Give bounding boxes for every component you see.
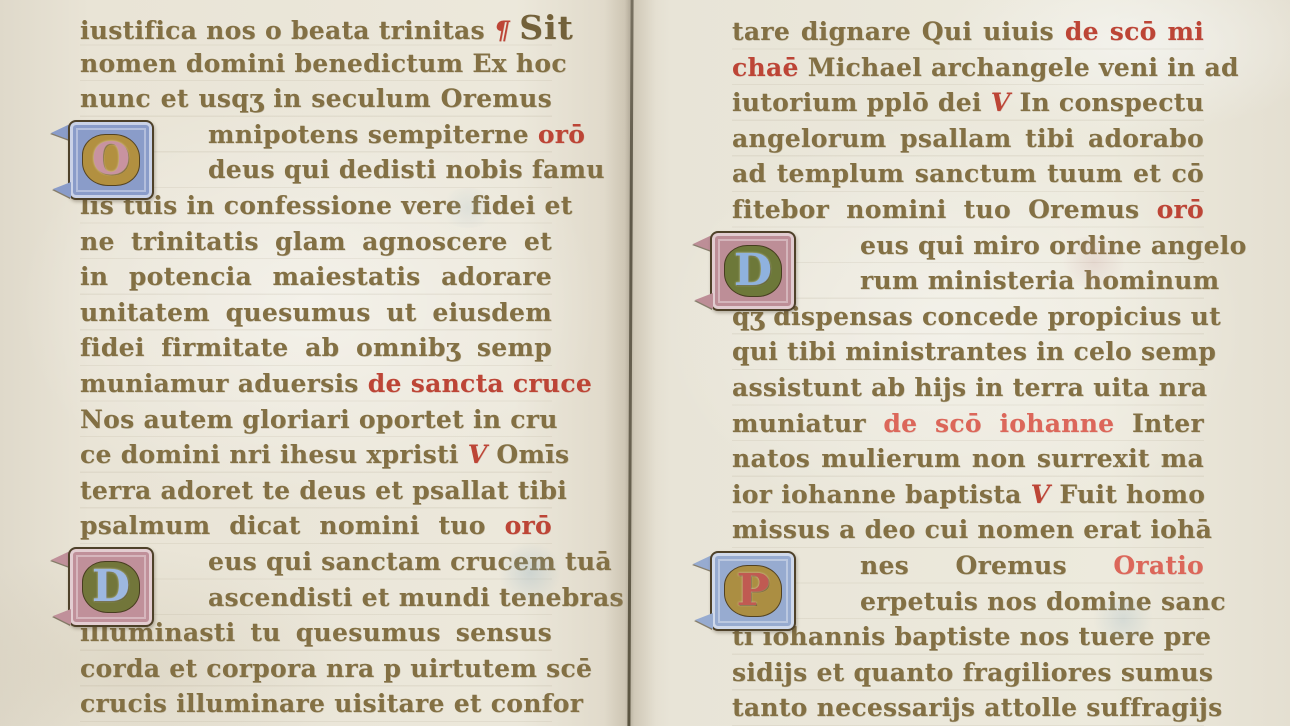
- rubric-text: orō: [505, 511, 552, 540]
- text-line: angelorum psallam tibi adorabo: [732, 121, 1204, 157]
- text-line: nes Oremus Oratio: [732, 548, 1204, 584]
- text-line: Nos autem gloriari oportet in cru: [80, 402, 552, 438]
- versicle-mark: V: [1031, 480, 1051, 509]
- body-text: nes Oremus: [860, 551, 1067, 580]
- body-text: angelorum psallam tibi adorabo: [732, 124, 1204, 153]
- rubric-text: Oratio: [1113, 551, 1204, 580]
- text-line: in potencia maiestatis adorare: [80, 259, 552, 295]
- text-line: muniamur aduersis de sancta cruce: [80, 366, 552, 402]
- text-line: sidijs et quanto fragiliores sumus: [732, 655, 1204, 691]
- text-line: tare dignare Qui uiuis de scō mi: [732, 14, 1204, 50]
- body-text: ior iohanne baptista: [732, 480, 1022, 509]
- body-text: qui tibi ministrantes in celo semp: [732, 337, 1216, 366]
- text-line: missus a deo cui nomen erat iohā: [732, 512, 1204, 548]
- drop-cap-ground: P: [724, 565, 782, 617]
- versicle-mark: ¶: [494, 16, 510, 45]
- body-text: qʒ dispensas concede propicius ut: [732, 302, 1221, 331]
- drop-cap-d-deus-angelorum: D: [710, 231, 796, 311]
- body-text: assistunt ab hijs in terra uita nra: [732, 373, 1207, 402]
- rubric-text: de scō iohanne: [883, 409, 1114, 438]
- drop-cap-frame: P: [710, 551, 796, 631]
- body-text: rum ministeria hominum: [860, 266, 1219, 295]
- body-text: unitatem quesumus ut eiusdem: [80, 298, 552, 327]
- body-text: ascendisti et mundi tenebras: [208, 583, 624, 612]
- drop-cap-ground: O: [82, 134, 140, 186]
- text-line: chaē Michael archangele veni in ad: [732, 50, 1204, 86]
- drop-cap-letter: D: [734, 249, 772, 293]
- body-text: nunc et usqʒ in seculum Oremus: [80, 84, 552, 113]
- text-line: rum ministeria hominum: [732, 263, 1204, 299]
- body-text: fitebor nomini tuo Oremus: [732, 195, 1139, 224]
- text-line: fidei firmitate ab omnibʒ semp: [80, 330, 552, 366]
- text-line: ad templum sanctum tuum et cō: [732, 156, 1204, 192]
- drop-cap-letter: O: [92, 138, 130, 182]
- body-text: ce domini nri ihesu xpristi: [80, 440, 459, 469]
- versicle-mark: V: [991, 88, 1011, 117]
- text-line: psalmum dicat nomini tuo orō: [80, 508, 552, 544]
- body-text: Inter: [1132, 409, 1204, 438]
- body-text: Michael archangele veni in ad: [808, 53, 1239, 82]
- drop-cap-ground: D: [82, 561, 140, 613]
- body-text: tare dignare Qui uiuis: [732, 17, 1054, 46]
- body-text: In conspectu: [1019, 88, 1204, 117]
- drop-cap-letter: P: [736, 569, 769, 613]
- body-text: iustifica nos o beata trinitas: [80, 16, 485, 45]
- text-line: muniatur de scō iohanne Inter: [732, 406, 1204, 442]
- drop-cap-p-perpetuis: P: [710, 551, 796, 631]
- body-text: Omīs: [496, 440, 569, 469]
- versicle-mark: V: [468, 440, 488, 469]
- manuscript-left-page: iustifica nos o beata trinitas ¶ Sitnome…: [80, 10, 552, 722]
- body-text: eus qui sanctam crucem tuā: [208, 547, 612, 576]
- text-line: natos mulierum non surrexit ma: [732, 441, 1204, 477]
- text-line: qʒ dispensas concede propicius ut: [732, 299, 1204, 335]
- body-text: Fuit homo: [1059, 480, 1205, 509]
- text-line: nunc et usqʒ in seculum Oremus: [80, 81, 552, 117]
- text-line: ce domini nri ihesu xpristi V Omīs: [80, 437, 552, 473]
- text-line: ior iohanne baptista V Fuit homo: [732, 477, 1204, 513]
- body-text: muniamur aduersis: [80, 369, 359, 398]
- body-text: tanto necessarijs attolle suffragijs: [732, 693, 1223, 722]
- text-line: erpetuis nos domine sanc: [732, 584, 1204, 620]
- body-text: Nos autem gloriari oportet in cru: [80, 405, 558, 434]
- text-line: ti iohannis baptiste nos tuere pre: [732, 619, 1204, 655]
- cadel-capital: Sit: [519, 8, 574, 47]
- text-line: ne trinitatis glam agnoscere et: [80, 224, 552, 260]
- body-text: ne trinitatis glam agnoscere et: [80, 227, 552, 256]
- body-text: erpetuis nos domine sanc: [860, 587, 1226, 616]
- text-line: qui tibi ministrantes in celo semp: [732, 334, 1204, 370]
- body-text: in potencia maiestatis adorare: [80, 262, 552, 291]
- rubric-text: de scō mi: [1065, 17, 1204, 46]
- drop-cap-ground: D: [724, 245, 782, 297]
- drop-cap-frame: D: [710, 231, 796, 311]
- drop-cap-letter: D: [92, 565, 130, 609]
- body-text: natos mulierum non surrexit ma: [732, 444, 1204, 473]
- drop-cap-frame: O: [68, 120, 154, 200]
- text-line: eus qui miro ordine angelo: [732, 228, 1204, 264]
- text-line: tanto necessarijs attolle suffragijs: [732, 690, 1204, 726]
- body-text: ti iohannis baptiste nos tuere pre: [732, 622, 1211, 651]
- text-line: terra adoret te deus et psallat tibi: [80, 473, 552, 509]
- rubric-text: orō: [538, 120, 585, 149]
- body-text: eus qui miro ordine angelo: [860, 231, 1247, 260]
- drop-cap-d-deus-crucem: D: [68, 547, 154, 627]
- book-gutter: [604, 0, 656, 726]
- rubric-text: chaē: [732, 53, 799, 82]
- text-line: fitebor nomini tuo Oremus orō: [732, 192, 1204, 228]
- body-text: crucis illuminare uisitare et confor: [80, 689, 583, 718]
- text-line: iutorium pplō dei V In conspectu: [732, 85, 1204, 121]
- body-text: nomen domini benedictum Ex hoc: [80, 49, 567, 78]
- body-text: sidijs et quanto fragiliores sumus: [732, 658, 1213, 687]
- body-text: iutorium pplō dei: [732, 88, 982, 117]
- body-text: fidei firmitate ab omnibʒ semp: [80, 333, 552, 362]
- body-text: deus qui dedisti nobis famu: [208, 155, 605, 184]
- text-line: corda et corpora nra p uirtutem scē: [80, 651, 552, 687]
- text-line: iustifica nos o beata trinitas ¶ Sit: [80, 10, 552, 46]
- body-text: corda et corpora nra p uirtutem scē: [80, 654, 592, 683]
- body-text: terra adoret te deus et psallat tibi: [80, 476, 567, 505]
- rubric-text: orō: [1157, 195, 1204, 224]
- rubric-text: de sancta cruce: [368, 369, 592, 398]
- text-line: crucis illuminare uisitare et confor: [80, 686, 552, 722]
- text-line: unitatem quesumus ut eiusdem: [80, 295, 552, 331]
- body-text: psalmum dicat nomini tuo: [80, 511, 486, 540]
- body-text: ad templum sanctum tuum et cō: [732, 159, 1204, 188]
- body-text: missus a deo cui nomen erat iohā: [732, 515, 1212, 544]
- manuscript-spread: iustifica nos o beata trinitas ¶ Sitnome…: [0, 0, 1290, 726]
- drop-cap-o-omnipotens: O: [68, 120, 154, 200]
- manuscript-right-page: tare dignare Qui uiuis de scō michaē Mic…: [732, 14, 1204, 726]
- drop-cap-frame: D: [68, 547, 154, 627]
- body-text: muniatur: [732, 409, 866, 438]
- text-line: nomen domini benedictum Ex hoc: [80, 46, 552, 82]
- text-line: assistunt ab hijs in terra uita nra: [732, 370, 1204, 406]
- body-text: mnipotens sempiterne: [208, 120, 529, 149]
